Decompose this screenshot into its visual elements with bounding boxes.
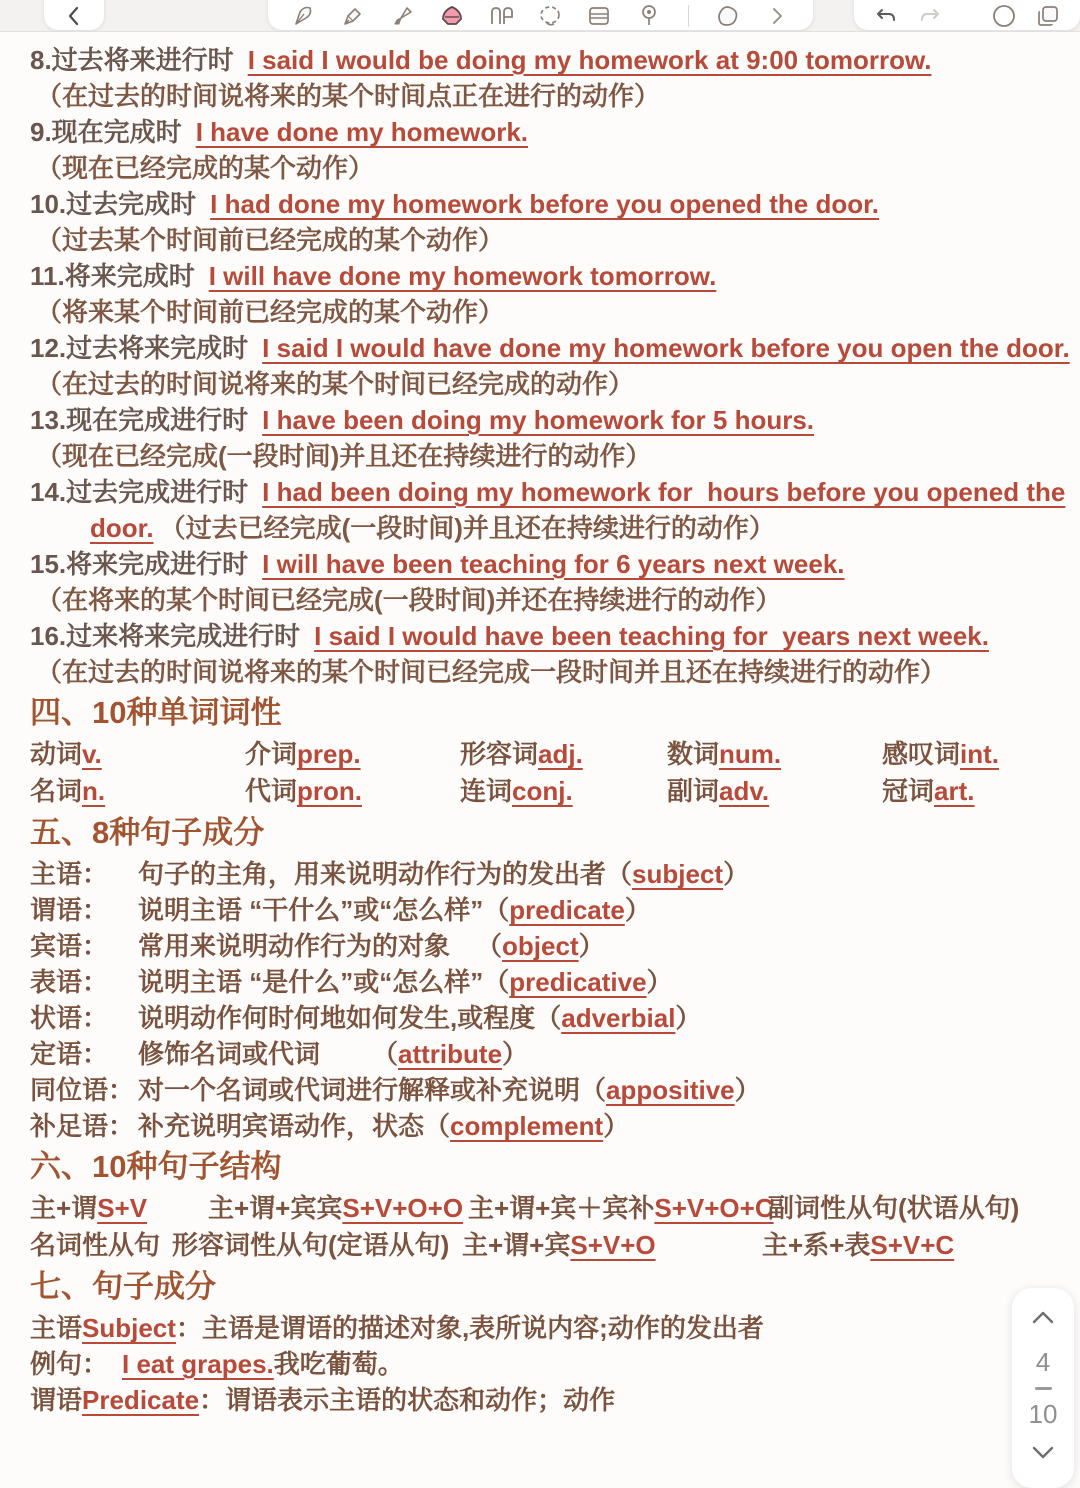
tense-item: 15.将来完成进行时I will have been teaching for … (30, 546, 1052, 618)
element-en: object (502, 928, 579, 964)
tense-example: I said I would have done my homework bef… (262, 333, 1070, 363)
tense-note: （在将来的某个时间已经完成(一段时间)并还在持续进行的动作） (30, 582, 1052, 618)
tense-label: 10.过去完成时 (30, 189, 196, 219)
element-label: 定语： (30, 1036, 138, 1072)
chevron-left-icon (59, 1, 89, 31)
element-en: complement (450, 1108, 603, 1144)
page-indicator: 4 10 (1012, 1288, 1074, 1440)
sentence-element-row: 状语：说明动作何时何地如何发生,或程度（adverbial） (30, 1000, 1052, 1036)
element-desc: 补充说明宾语动作，状态 (138, 1108, 424, 1144)
tense-note: （现在已经完成(一段时间)并且还在持续进行的动作） (30, 438, 1052, 474)
sentence-element-row: 宾语：常用来说明动作行为的对象 （object） (30, 928, 1052, 964)
tense-example: I said I would have been teaching for ye… (314, 621, 989, 651)
pen-tools-panel (268, 0, 813, 30)
pos-cn: 形容词 (460, 739, 538, 769)
pos-en: art. (934, 776, 974, 806)
tense-note: （过去某个时间前已经完成的某个动作） (30, 222, 1052, 258)
element-en: appositive (606, 1072, 735, 1108)
tense-label: 13.现在完成进行时 (30, 405, 248, 435)
element-label: 状语： (30, 1000, 138, 1036)
tense-example-continued: door. (90, 513, 154, 543)
element-label: 主语： (30, 856, 138, 892)
element-en: adverbial (561, 1000, 675, 1036)
component-predicate-line: 谓语Predicate：谓语表示主语的状态和动作；动作 (30, 1382, 1052, 1418)
pos-cn: 冠词 (882, 776, 934, 806)
redo-icon[interactable] (916, 1, 944, 31)
tense-label: 11.将来完成时 (30, 261, 195, 291)
element-en: predicate (509, 892, 625, 928)
tense-label: 14.过去完成进行时 (30, 477, 248, 507)
scroll-up-icon[interactable] (1030, 1308, 1056, 1331)
element-en: attribute (398, 1036, 502, 1072)
current-page-number: 4 (1036, 1347, 1050, 1378)
sentence-element-row: 主语：句子的主角，用来说明动作行为的发出者（subject） (30, 856, 1052, 892)
pos-cn: 副词 (667, 776, 719, 806)
tense-example: I said I would be doing my homework at 9… (248, 45, 932, 75)
structure-row-1: 主+谓S+V 主+谓+宾宾S+V+O+O 主+谓+宾＋宾补S+V+O+C 副词性… (30, 1190, 1052, 1227)
element-desc: 对一个名词或代词进行解释或补充说明 (138, 1072, 580, 1108)
sentence-element-row: 谓语：说明主语 “干什么”或“怎么样”（predicate） (30, 892, 1052, 928)
tense-label: 8.过去将来进行时 (30, 45, 234, 75)
tense-example: I have done my homework. (196, 117, 528, 147)
element-desc: 说明主语 “干什么”或“怎么样” (138, 892, 483, 928)
lasso-icon[interactable] (536, 1, 564, 31)
marker-icon[interactable] (388, 1, 416, 31)
pos-en: pron. (297, 776, 362, 806)
component-subject-line: 主语Subject：主语是谓语的描述对象,表所说内容;动作的发出者 (30, 1310, 1052, 1346)
tape-icon[interactable] (487, 1, 515, 31)
element-desc: 句子的主角，用来说明动作行为的发出者 (138, 856, 606, 892)
pos-en: adj. (538, 739, 583, 769)
tense-item: 13.现在完成进行时I have been doing my homework … (30, 402, 1052, 474)
more-tools-icon[interactable] (763, 1, 791, 31)
pos-cn: 介词 (245, 739, 297, 769)
total-page-number: 10 (1029, 1399, 1058, 1430)
component-example-line: 例句：I eat grapes.我吃葡萄。 (30, 1346, 1052, 1382)
sentence-element-row: 补足语：补充说明宾语动作，状态 （complement） (30, 1108, 1052, 1144)
pin-icon[interactable] (634, 1, 662, 31)
tense-label: 15.将来完成进行时 (30, 549, 248, 579)
element-label: 表语： (30, 964, 138, 1000)
element-desc: 说明动作何时何地如何发生,或程度 (138, 1000, 535, 1036)
record-circle-icon[interactable] (990, 1, 1018, 31)
tense-example: I had been doing my homework for hours b… (262, 477, 1065, 507)
element-en: subject (632, 856, 723, 892)
pos-row-2: 名词n. 代词pron. 连词conj. 副词adv. 冠词art. (30, 773, 1052, 810)
pos-row-1: 动词v. 介词prep. 形容词adj. 数词num. 感叹词int. (30, 736, 1052, 773)
undo-icon[interactable] (872, 1, 900, 31)
highlighter-icon-selected[interactable] (438, 1, 466, 31)
tense-example: I will have been teaching for 6 years ne… (262, 549, 844, 579)
pos-en: v. (82, 739, 102, 769)
document-page: 8.过去将来进行时I said I would be doing my home… (0, 32, 1080, 1418)
pos-cn: 感叹词 (882, 739, 960, 769)
pos-en: num. (719, 739, 781, 769)
tense-example: I will have done my homework tomorrow. (209, 261, 717, 291)
tense-note: （过去已经完成(一段时间)并且还在持续进行的动作） (154, 513, 775, 543)
page-divider (1035, 1387, 1052, 1390)
tense-item: 12.过去将来完成时I said I would have done my ho… (30, 330, 1052, 402)
pos-cn: 名词 (30, 776, 82, 806)
element-label: 同位语： (30, 1072, 138, 1108)
tense-item: 8.过去将来进行时I said I would be doing my home… (30, 42, 1052, 114)
sticker-icon[interactable] (714, 1, 742, 31)
section-title-sentence-elements: 五、8种句子成分 (30, 810, 1052, 856)
element-label: 宾语： (30, 928, 138, 964)
pencil-icon[interactable] (339, 1, 367, 31)
tense-note: （在过去的时间说将来的某个时间点正在进行的动作） (30, 78, 1052, 114)
pos-cn: 数词 (667, 739, 719, 769)
pos-cn: 动词 (30, 739, 82, 769)
tense-label: 12.过去将来完成时 (30, 333, 248, 363)
back-button[interactable] (44, 0, 104, 30)
pos-en: adv. (719, 776, 769, 806)
element-label: 谓语： (30, 892, 138, 928)
element-desc: 说明主语 “是什么”或“怎么样” (138, 964, 483, 1000)
sentence-element-row: 定语：修饰名词或代词 （attribute） (30, 1036, 1052, 1072)
pos-en: conj. (512, 776, 573, 806)
element-en: predicative (509, 964, 646, 1000)
pos-cn: 连词 (460, 776, 512, 806)
element-label: 补足语： (30, 1108, 138, 1144)
tense-item: 9.现在完成时I have done my homework. （现在已经完成的… (30, 114, 1052, 186)
tense-item: 11.将来完成时I will have done my homework tom… (30, 258, 1052, 330)
tense-item: 16.过来将来完成进行时I said I would have been tea… (30, 618, 1052, 690)
tense-example: I have been doing my homework for 5 hour… (262, 405, 814, 435)
tense-item: 14.过去完成进行时I had been doing my homework f… (30, 474, 1052, 546)
tense-label: 9.现在完成时 (30, 117, 182, 147)
tense-example: I had done my homework before you opened… (210, 189, 879, 219)
section-title-word-classes: 四、10种单词词性 (30, 690, 1052, 736)
pos-en: prep. (297, 739, 361, 769)
element-desc: 修饰名词或代词 (138, 1036, 372, 1072)
tense-note: （将来某个时间前已经完成的某个动作） (30, 294, 1052, 330)
pos-en: n. (82, 776, 105, 806)
tense-item: 10.过去完成时I had done my homework before yo… (30, 186, 1052, 258)
section-title-sentence-structures: 六、10种句子结构 (30, 1144, 1052, 1190)
pen-icon[interactable] (290, 1, 318, 31)
tense-note: （在过去的时间说将来的某个时间已经完成的动作） (30, 366, 1052, 402)
tense-label: 16.过来将来完成进行时 (30, 621, 300, 651)
eraser-icon[interactable] (585, 1, 613, 31)
tense-note: （现在已经完成的某个动作） (30, 150, 1052, 186)
top-toolbar (0, 0, 1080, 32)
toolbar-divider (688, 5, 689, 27)
structure-row-2: 名词性从句 形容词性从句(定语从句) 主+谓+宾S+V+O 主+系+表S+V+C (30, 1227, 1052, 1264)
pos-en: int. (960, 739, 999, 769)
sentence-element-row: 表语：说明主语 “是什么”或“怎么样”（predicative） (30, 964, 1052, 1000)
sentence-element-row: 同位语：对一个名词或代词进行解释或补充说明（appositive） (30, 1072, 1052, 1108)
element-desc: 常用来说明动作行为的对象 (138, 928, 476, 964)
section-title-sentence-components: 七、句子成分 (30, 1264, 1052, 1310)
copy-pages-icon[interactable] (1034, 1, 1062, 31)
tense-note: （在过去的时间说将来的某个时间已经完成一段时间并且还在持续进行的动作） (30, 654, 1052, 690)
history-panel (854, 0, 1080, 30)
pos-cn: 代词 (245, 776, 297, 806)
